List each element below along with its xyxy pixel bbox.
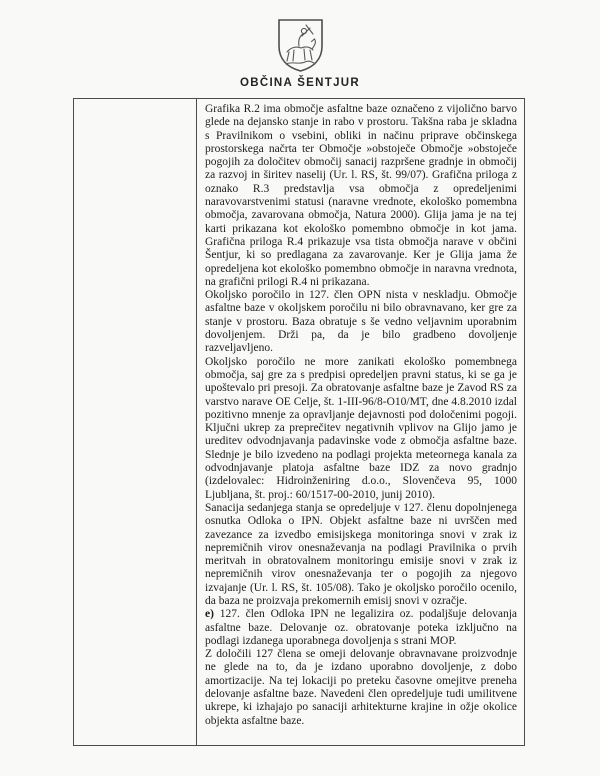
paragraph: Grafika R.2 ima območje asfaltne baze oz… (205, 103, 517, 289)
table-right-cell: Grafika R.2 ima območje asfaltne baze oz… (197, 99, 524, 745)
paragraph: Sanacija sedanjega stanja se opredeljuje… (205, 502, 517, 608)
content-table: Grafika R.2 ima območje asfaltne baze oz… (73, 98, 525, 746)
document-page: { "header": { "emblem_icon": "sentjur-co… (0, 0, 600, 776)
coat-of-arms-icon (277, 18, 324, 73)
paragraph: Okoljsko poročilo ne more zanikati ekolo… (205, 356, 517, 502)
paragraph: Okoljsko poročilo in 127. člen OPN nista… (205, 289, 517, 355)
document-header: OBČINA ŠENTJUR (0, 18, 600, 89)
municipality-name: OBČINA ŠENTJUR (0, 77, 600, 89)
paragraph: e) 127. člen Odloka IPN ne legalizira oz… (205, 608, 517, 648)
paragraph-bold-prefix: e) (205, 608, 214, 620)
table-left-cell-empty (74, 99, 197, 745)
paragraph: Z določili 127 člena se omeji delovanje … (205, 648, 517, 728)
